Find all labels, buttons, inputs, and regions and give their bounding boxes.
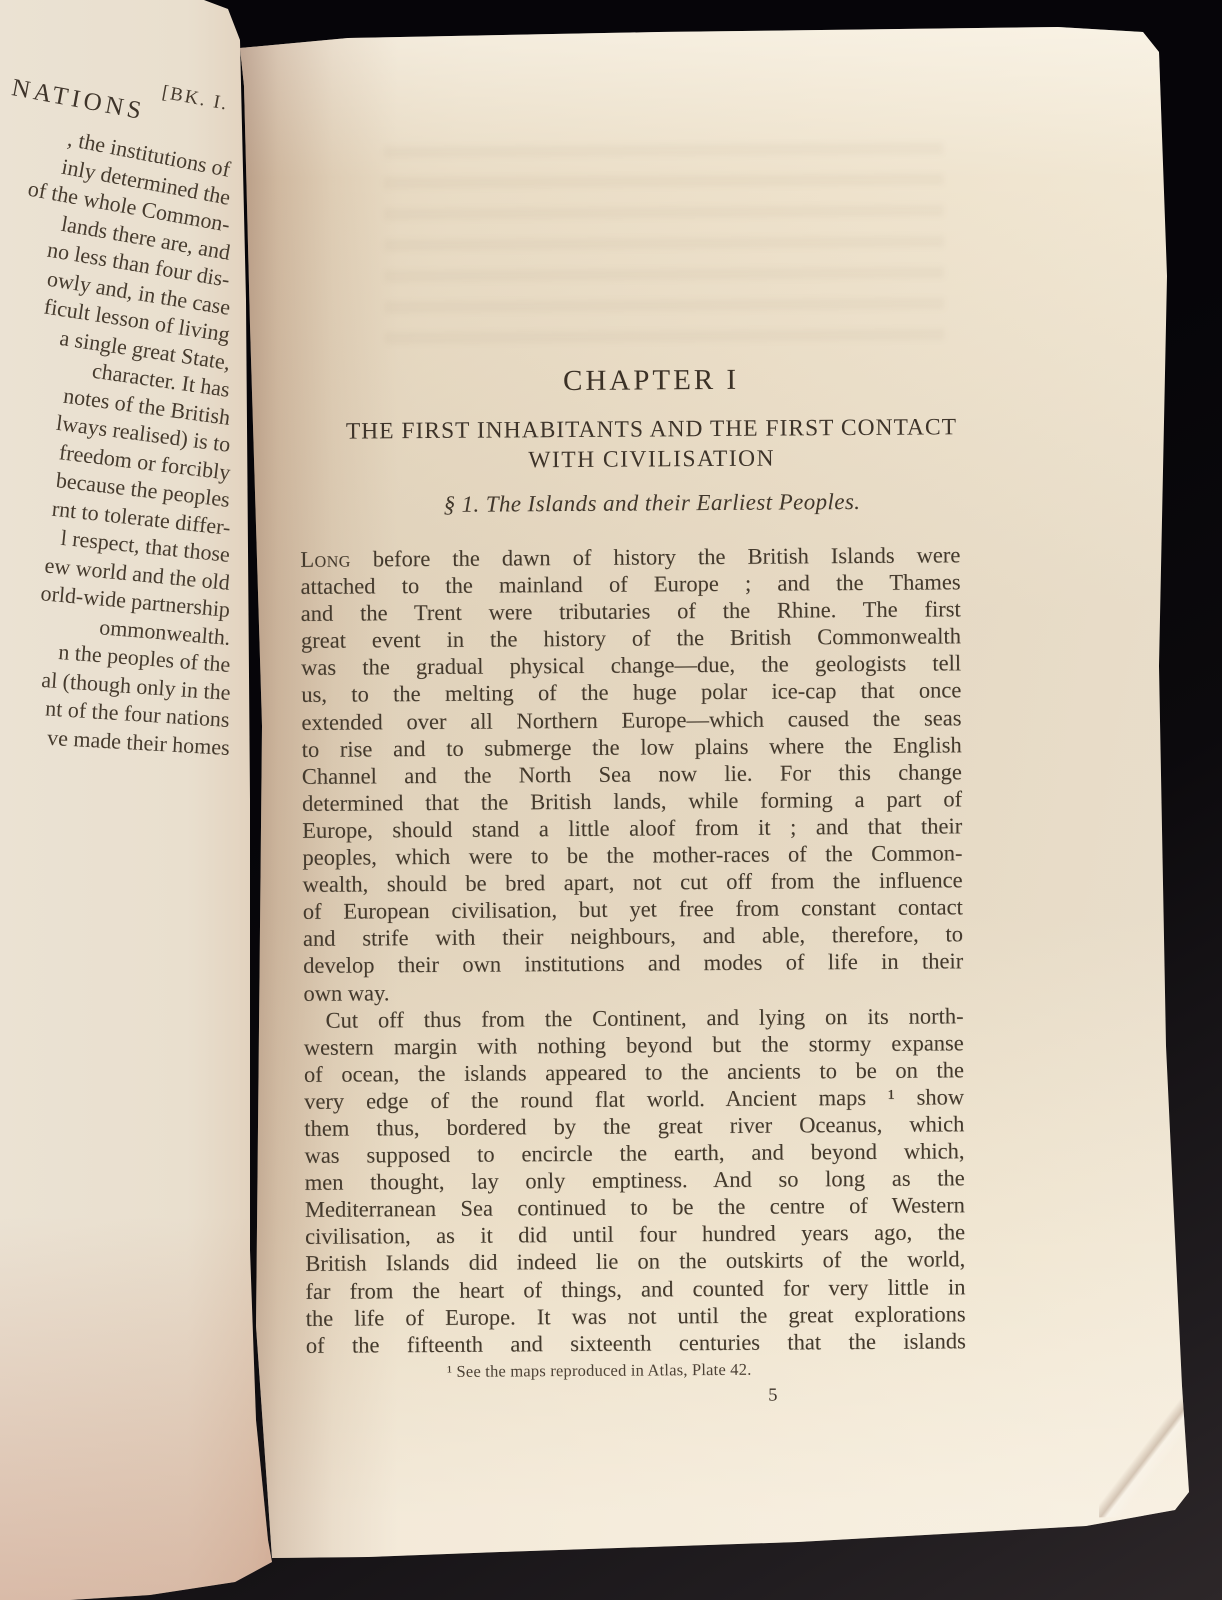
- book-photo: NATIONS [BK. I. , the institutions ofinl…: [0, 0, 1222, 1600]
- right-page-content: CHAPTER I THE FIRST INHABITANTS AND THE …: [233, 23, 1198, 1564]
- body-line: British Islands did indeed lie on the ou…: [305, 1246, 965, 1278]
- small-caps-lead: Long: [300, 547, 351, 572]
- body-line: the life of Europe. It was not until the…: [306, 1300, 966, 1332]
- chapter-title-line2: WITH CIVILISATION: [296, 444, 1008, 476]
- footnote: ¹ See the maps reproduced in Atlas, Plat…: [447, 1360, 752, 1382]
- body-line: extended over all Northern Europe—which …: [301, 704, 961, 736]
- left-page-running-header: NATIONS: [9, 74, 147, 126]
- body-line: develop their own institutions and modes…: [303, 948, 963, 980]
- page-number: 5: [768, 1386, 777, 1407]
- chapter-title-line1: THE FIRST INHABITANTS AND THE FIRST CONT…: [295, 414, 1007, 446]
- right-page: CHAPTER I THE FIRST INHABITANTS AND THE …: [238, 26, 1192, 1560]
- body-line: of the fifteenth and sixteenth centuries…: [306, 1327, 966, 1359]
- body-text: Long before the dawn of history the Brit…: [300, 541, 966, 1358]
- page-corner-crease: [1098, 1395, 1197, 1518]
- chapter-heading: CHAPTER I: [321, 362, 981, 400]
- body-line: Cut off thus from the Continent, and lyi…: [303, 1002, 963, 1034]
- body-line: us, to the melting of the huge polar ice…: [301, 677, 961, 709]
- section-heading: § 1. The Islands and their Earliest Peop…: [322, 488, 982, 519]
- left-page-book-mark: [BK. I.: [160, 82, 230, 116]
- body-line: western margin with nothing beyond but t…: [304, 1029, 964, 1061]
- body-line: to rise and to submerge the low plains w…: [302, 731, 962, 763]
- show-through-texture: [383, 142, 944, 351]
- body-line: far from the heart of things, and counte…: [305, 1273, 965, 1305]
